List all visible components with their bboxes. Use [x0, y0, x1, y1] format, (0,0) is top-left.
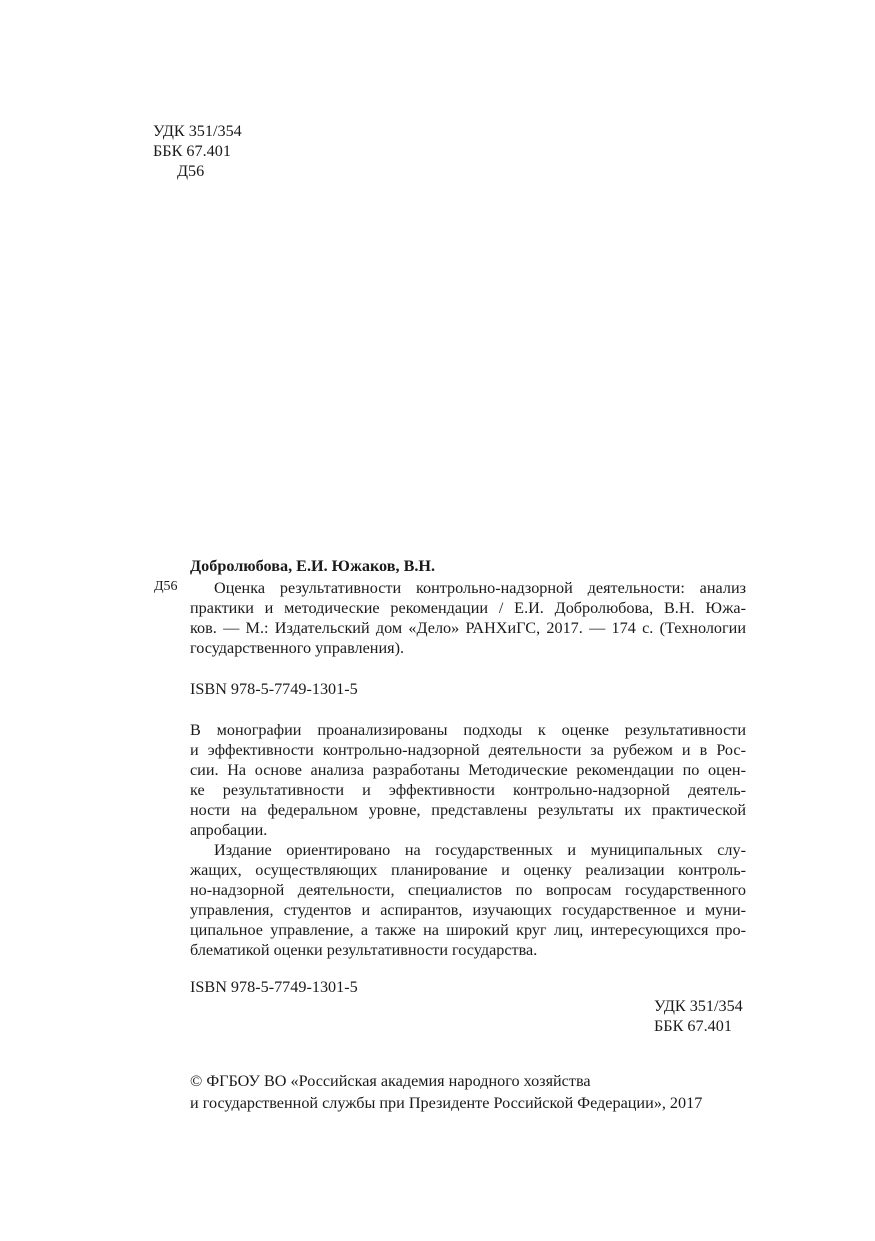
copyright-line-1: © ФГБОУ ВО «Российская академия народног… — [190, 1071, 702, 1093]
abstract-paragraph-1: В монографии проанализированы подходы к … — [190, 720, 746, 840]
classification-codes-top: УДК 351/354 ББК 67.401 Д56 — [153, 121, 242, 181]
isbn-bottom: ISBN 978-5-7749-1301-5 — [190, 977, 358, 997]
abstract-line: ке результативности и эффективности конт… — [190, 780, 746, 800]
bbk-code: ББК 67.401 — [654, 1016, 743, 1036]
abstract-line: жащих, осуществляющих планирование и оце… — [190, 860, 746, 880]
abstract-line: В монографии проанализированы подходы к … — [190, 720, 746, 740]
abstract: В монографии проанализированы подходы к … — [190, 720, 746, 960]
biblio-line: ков. — М.: Издательский дом «Дело» РАНХи… — [190, 618, 746, 638]
abstract-line: блематикой оценки результативности госуд… — [190, 940, 746, 960]
document-page: УДК 351/354 ББК 67.401 Д56 Д56 Добролюбо… — [0, 0, 875, 1241]
copyright-notice: © ФГБОУ ВО «Российская академия народног… — [190, 1071, 702, 1115]
authors-heading: Добролюбова, Е.И. Южаков, В.Н. — [190, 556, 746, 578]
abstract-line: сии. На основе анализа разработаны Метод… — [190, 760, 746, 780]
udk-code: УДК 351/354 — [153, 121, 242, 141]
author-mark: Д56 — [153, 161, 242, 181]
biblio-author-mark: Д56 — [154, 577, 178, 597]
abstract-line: но-надзорной деятельности, специалистов … — [190, 880, 746, 900]
abstract-line: апробации. — [190, 820, 746, 840]
biblio-line: государственного управления). — [190, 638, 746, 658]
abstract-line: ципальное управление, а также на широкий… — [190, 920, 746, 940]
udk-code: УДК 351/354 — [654, 996, 743, 1016]
classification-codes-bottom: УДК 351/354 ББК 67.401 — [654, 996, 743, 1036]
abstract-paragraph-2: Издание ориентировано на государственных… — [190, 840, 746, 960]
biblio-line: Оценка результативности контрольно-надзо… — [190, 578, 746, 598]
isbn-top: ISBN 978-5-7749-1301-5 — [190, 679, 358, 699]
bibliographic-record: Добролюбова, Е.И. Южаков, В.Н. Оценка ре… — [190, 556, 746, 658]
abstract-line: ности на федеральном уровне, представлен… — [190, 800, 746, 820]
biblio-line: практики и методические рекомендации / Е… — [190, 598, 746, 618]
abstract-line: и эффективности контрольно-надзорной дея… — [190, 740, 746, 760]
abstract-line: управления, студентов и аспирантов, изуч… — [190, 900, 746, 920]
bbk-code: ББК 67.401 — [153, 141, 242, 161]
abstract-line: Издание ориентировано на государственных… — [190, 840, 746, 860]
copyright-line-2: и государственной службы при Президенте … — [190, 1093, 702, 1115]
